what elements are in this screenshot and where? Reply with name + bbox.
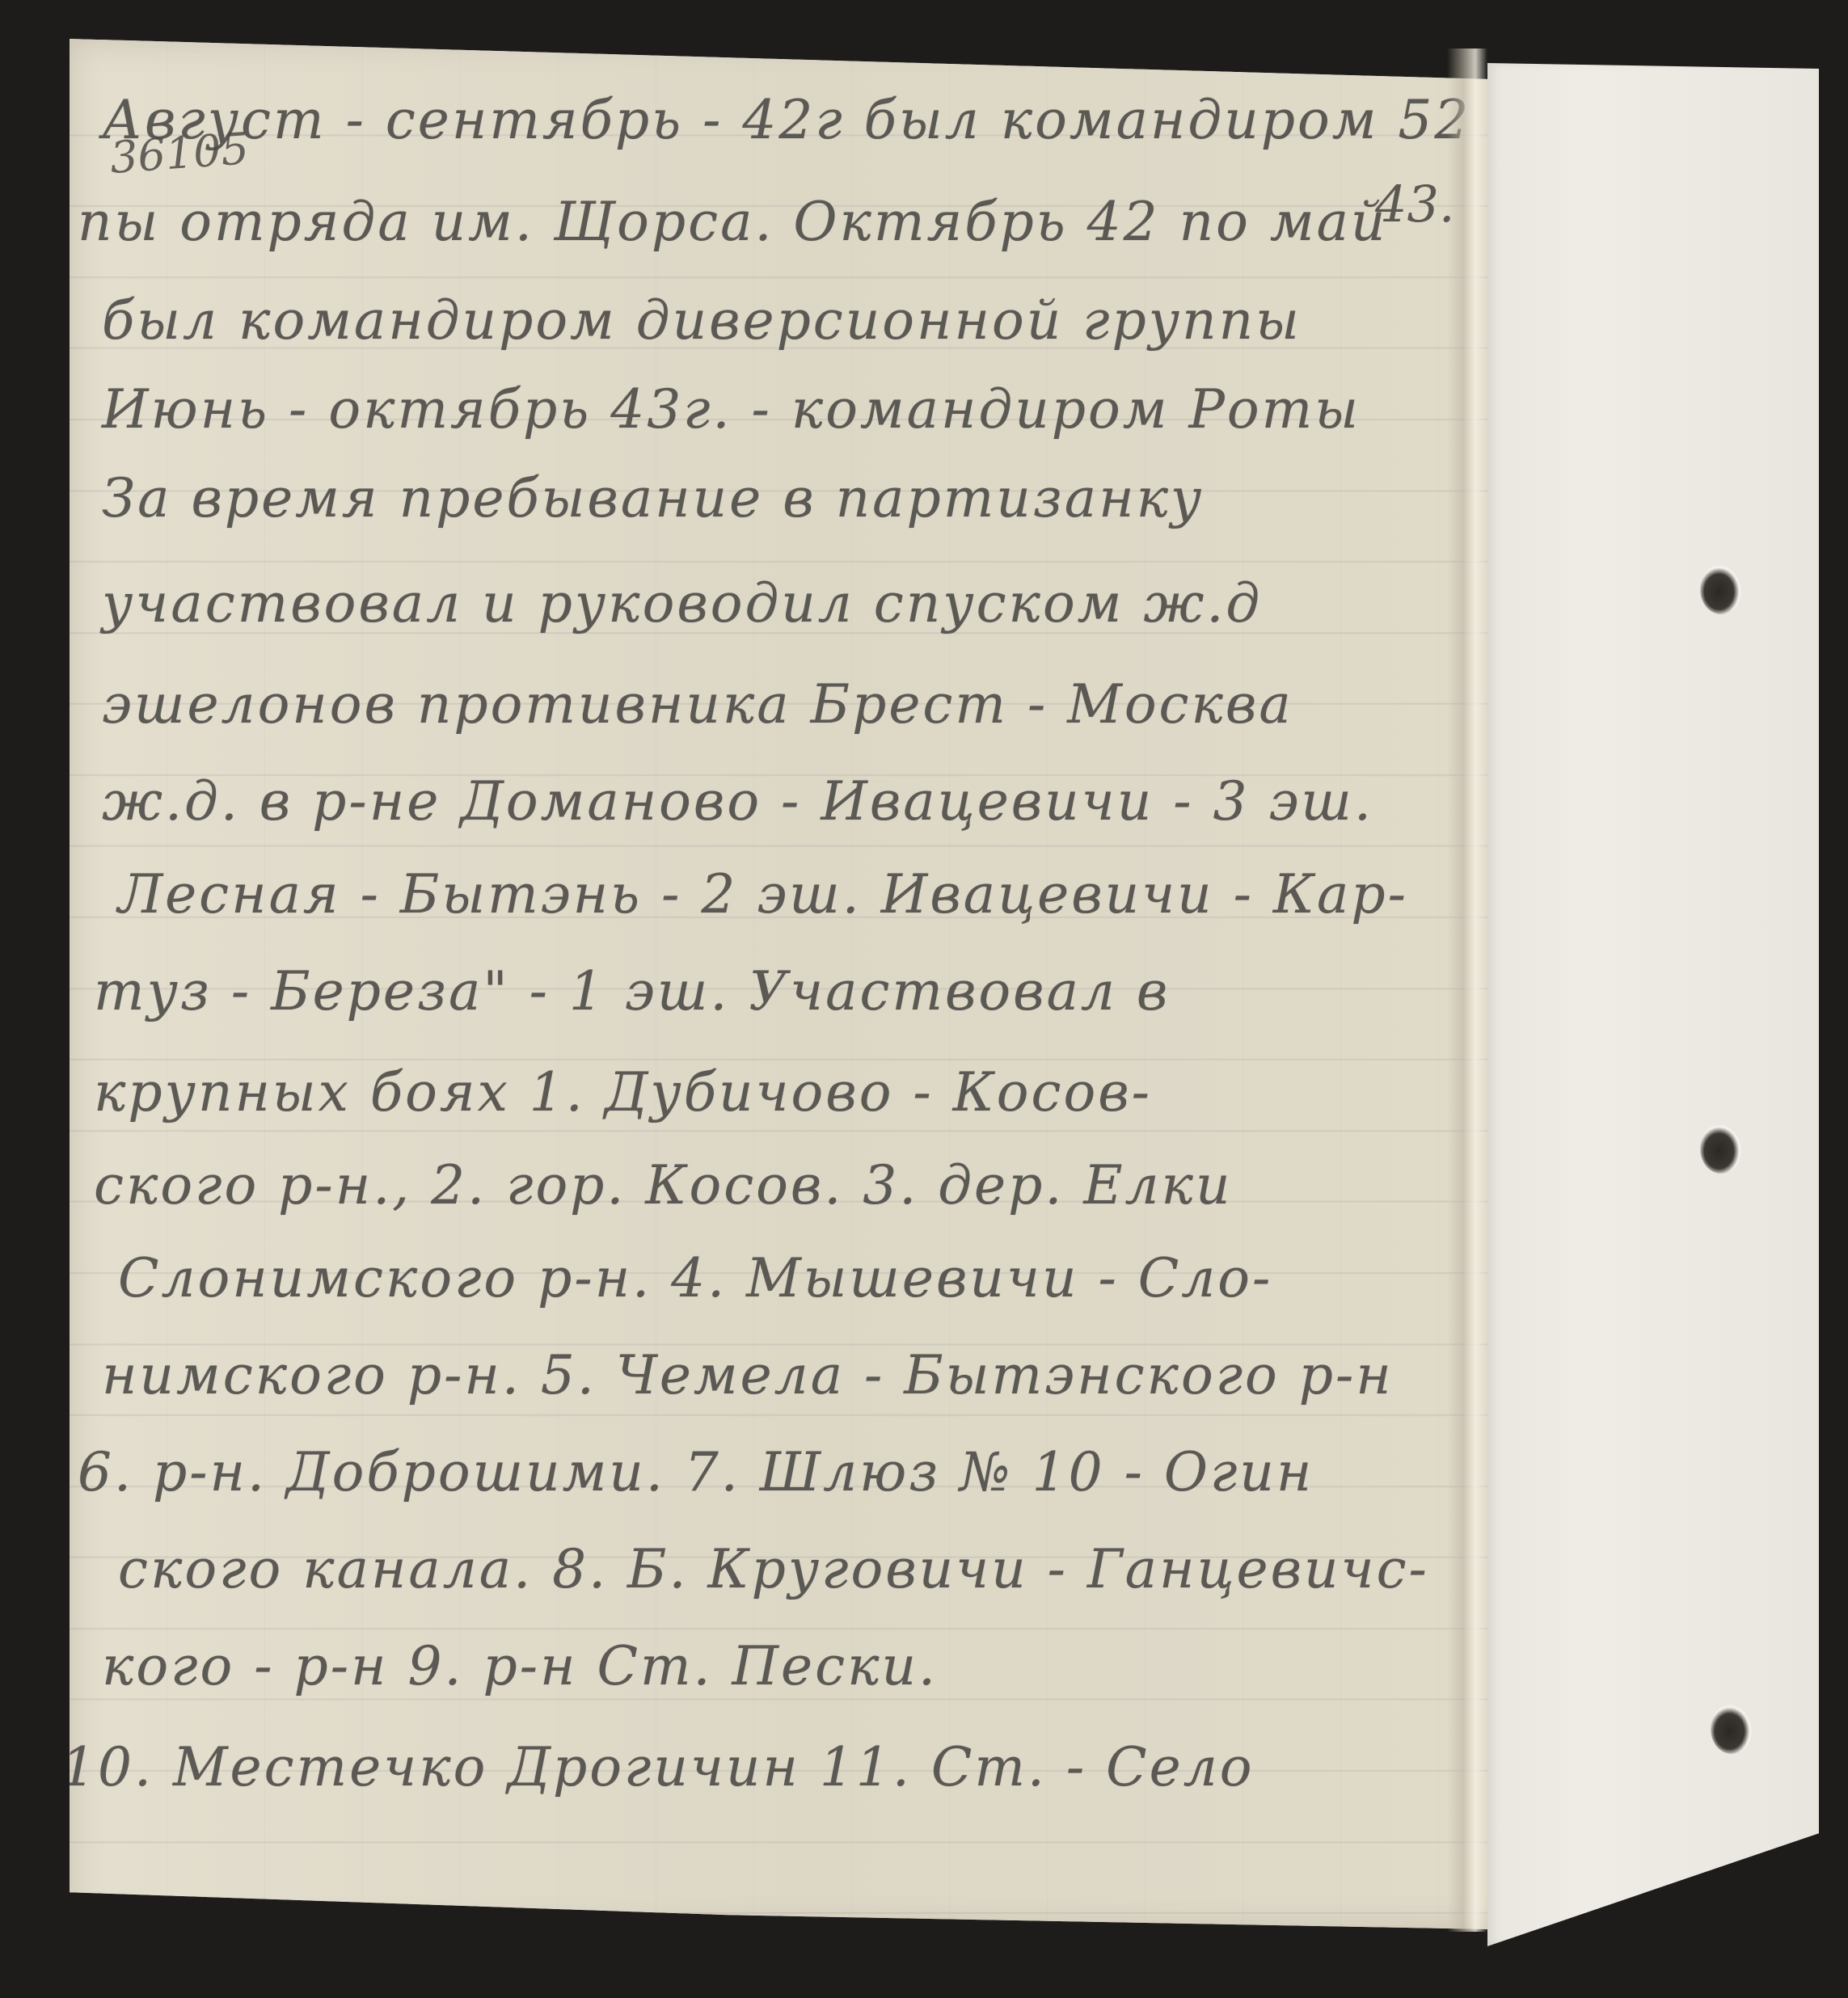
text-line-14: нимского р-н. 5. Чемела - Бытэнского р-н bbox=[102, 1344, 1394, 1406]
text-line-18: 10. Местечко Дрогичин 11. Ст. - Село bbox=[61, 1736, 1254, 1798]
text-line-17: кого - р-н 9. р-н Ст. Пески. bbox=[102, 1635, 938, 1697]
text-line-3: был командиром диверсионной группы bbox=[102, 289, 1302, 352]
text-line-16: ского канала. 8. Б. Круговичи - Ганцевич… bbox=[118, 1538, 1429, 1600]
punch-hole-icon bbox=[1700, 1123, 1742, 1174]
text-line-5: За время пребывание в партизанку bbox=[102, 467, 1204, 529]
text-line-1: Август - сентябрь - 42г был командиром 5… bbox=[102, 89, 1626, 151]
text-line-7: эшелонов противника Брест - Москва bbox=[102, 673, 1293, 736]
text-line-4: Июнь - октябрь 43г. - командиром Роты bbox=[102, 378, 1361, 440]
punch-hole-icon bbox=[1700, 564, 1742, 614]
text-line-8: ж.д. в р-не Доманово - Ивацевичи - 3 эш. bbox=[102, 770, 1373, 832]
text-line-15: 6. р-н. Доброшими. 7. Шлюз № 10 - Огин bbox=[78, 1441, 1314, 1503]
punch-hole-icon bbox=[1711, 1704, 1753, 1754]
text-line-10: туз - Береза" - 1 эш. Участвовал в bbox=[94, 960, 1170, 1022]
text-line-12: ского р-н., 2. гор. Косов. 3. дер. Елки bbox=[94, 1154, 1232, 1216]
text-line-2: пы отряда им. Щорса. Октябрь 42 по май bbox=[78, 191, 1387, 253]
paper-fold-crease bbox=[1447, 48, 1487, 1932]
handwritten-text-block: 36105 Август - сентябрь - 42г был команд… bbox=[70, 39, 1533, 1930]
edge-year-note: 43. bbox=[1375, 175, 1455, 234]
text-line-11: крупных боях 1. Дубичово - Косов- bbox=[94, 1061, 1152, 1123]
binding-strip bbox=[1487, 63, 1819, 1946]
text-line-6: участвовал и руководил спуском ж.д bbox=[102, 572, 1262, 634]
text-line-9: Лесная - Бытэнь - 2 эш. Ивацевичи - Кар- bbox=[118, 863, 1408, 925]
text-line-13: Слонимского р-н. 4. Мышевичи - Сло- bbox=[118, 1247, 1272, 1309]
document-page: 36105 Август - сентябрь - 42г был команд… bbox=[70, 39, 1533, 1930]
